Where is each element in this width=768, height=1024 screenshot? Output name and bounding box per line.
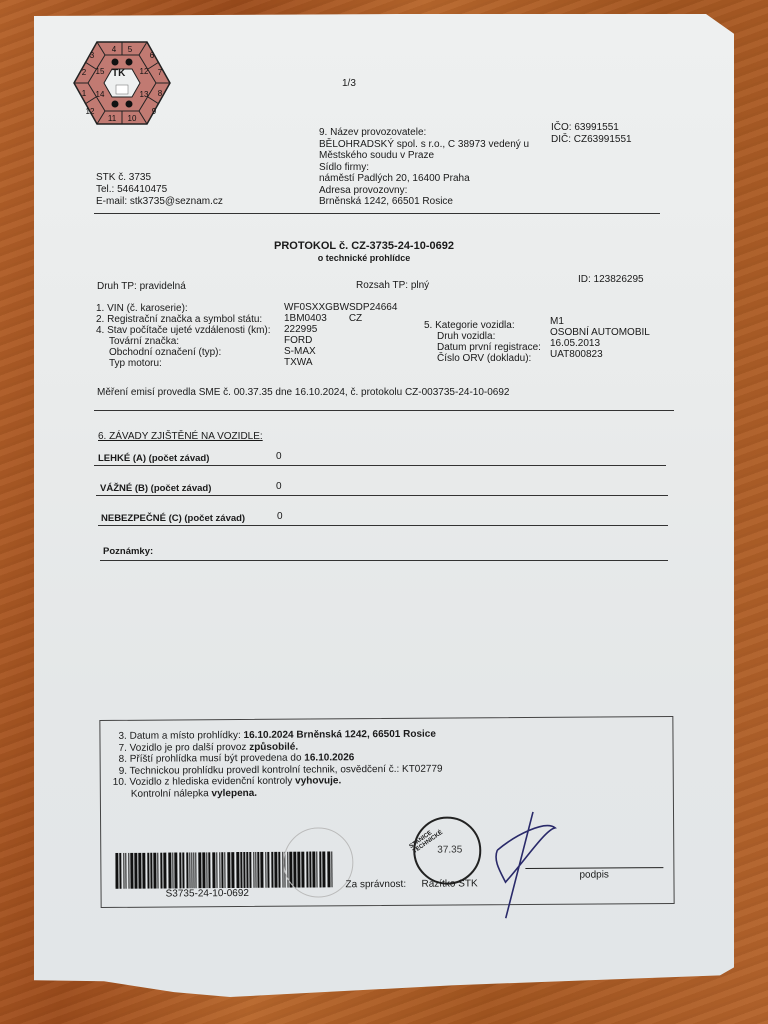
svg-text:9: 9 [152,107,157,116]
divider [96,495,668,496]
model-value: S-MAX [284,346,397,357]
signature-icon [485,810,576,921]
emissions-note: Měření emisí provedla SME č. 00.37.35 dn… [97,387,509,399]
logo-label: TK [112,68,125,79]
barcode-text: S3735-24-10-0692 [166,888,249,900]
plate-row: 1BM0403CZ [284,313,397,324]
defect-dangerous-label: NEBEZPEČNÉ (C) (počet závad) [101,513,245,524]
divider [94,213,660,214]
result-text: 7. Vozidlo je pro další provoz [119,741,250,753]
tax-ids: IČO: 63991551 DIČ: CZ63991551 [551,122,632,146]
svg-text:1: 1 [82,89,87,98]
svg-text:5: 5 [128,45,133,54]
inspection-type: Druh TP: pravidelná [97,281,186,293]
inspection-protocol-document: 45 36 27 18 129 1110 1512 1413 TK 1/3 9.… [34,14,734,1002]
result-text: Kontrolní nálepka [131,788,212,800]
svg-text:11: 11 [108,114,117,123]
operator-info: 9. Název provozovatele: BĚLOHRADSKÝ spol… [319,127,529,208]
result-line: Kontrolní nálepka vylepena. [113,786,443,800]
station-phone: Tel.: 546410475 [96,184,223,196]
result-bold: 16.10.2026 [304,752,354,763]
make-label: Tovární značka: [96,336,271,347]
operator-name-line1: BĚLOHRADSKÝ spol. s r.o., C 38973 vedený… [319,139,529,151]
svg-text:12: 12 [140,67,149,76]
result-text: 3. Datum a místo prohlídky: [118,730,243,742]
seat-value: náměstí Padlých 20, 16400 Praha [319,173,529,185]
ico-number: IČO: 63991551 [551,122,632,134]
divider [100,560,668,561]
svg-text:7: 7 [158,68,163,77]
orv-value: UAT800823 [550,349,650,360]
svg-text:14: 14 [96,90,105,99]
defect-dangerous-count: 0 [277,511,283,522]
plate-label: 2. Registrační značka a symbol státu: [96,314,271,325]
razitko-label: Razítko STK [421,878,477,889]
inspection-result-box: 3. Datum a místo prohlídky: 16.10.2024 B… [99,716,674,908]
first-registration-label: Datum první registrace: [424,342,541,353]
stk-stamp-icon: STANICE TECHNICKÉ 37.35 [413,816,481,884]
faint-stamp-icon [283,827,353,897]
divider [94,465,666,466]
svg-text:13: 13 [140,90,149,99]
result-bold: 16.10.2024 Brněnská 1242, 66501 Rosice [243,729,435,741]
engine-label: Typ motoru: [96,358,271,369]
category-label: 5. Kategorie vozidla: [424,320,541,331]
model-label: Obchodní označení (typ): [96,347,271,358]
category-values: M1 OSOBNÍ AUTOMOBIL 16.05.2013 UAT800823 [550,316,650,360]
result-text: 9. Technickou prohlídku provedl kontroln… [119,763,443,776]
svg-text:4: 4 [112,45,117,54]
svg-text:2: 2 [82,68,87,77]
vin-value: WF0SXXGBWSDP24664 [284,302,397,313]
station-number: STK č. 3735 [96,172,223,184]
inspection-scope: Rozsah TP: plný [356,280,429,292]
svg-text:3: 3 [90,51,95,60]
vehicle-kind-value: OSOBNÍ AUTOMOBIL [550,327,650,338]
protocol-subtitle: o technické prohlídce [34,253,694,263]
operator-heading: 9. Název provozovatele: [319,127,529,139]
defect-light-count: 0 [276,451,282,462]
country-code: CZ [349,313,362,324]
category-labels: 5. Kategorie vozidla: Druh vozidla: Datu… [424,320,541,364]
seat-label: Sídlo firmy: [319,162,529,174]
make-value: FORD [284,335,397,346]
page-number: 1/3 [342,78,356,89]
engine-value: TXWA [284,357,397,368]
svg-text:15: 15 [96,67,105,76]
stamp-number: 37.35 [437,844,462,855]
vin-label: 1. VIN (č. karoserie): [96,303,271,314]
stk-hexagon-sticker-icon: 45 36 27 18 129 1110 1512 1413 TK [72,40,172,126]
branch-label: Adresa provozovny: [319,185,529,197]
signature-label: podpis [579,869,609,880]
odometer-value: 222995 [284,324,397,335]
defect-serious-label: VÁŽNÉ (B) (počet závad) [100,483,211,494]
orv-label: Číslo ORV (dokladu): [424,353,541,364]
notes-label: Poznámky: [103,546,153,557]
result-bold: způsobilé. [249,741,298,752]
result-text: 8. Příští prohlídka musí být provedena d… [119,753,305,765]
defects-title: 6. ZÁVADY ZJIŠTĚNÉ NA VOZIDLE: [98,431,263,442]
vehicle-labels: 1. VIN (č. karoserie): 2. Registrační zn… [96,303,271,369]
result-bold: vylepena. [211,787,257,798]
za-spravnost-label: Za správnost: [345,879,406,890]
protocol-id: ID: 123826295 [578,274,644,286]
defect-serious-count: 0 [276,481,282,492]
svg-text:6: 6 [150,51,155,60]
vehicle-values: WF0SXXGBWSDP24664 1BM0403CZ 222995 FORD … [284,302,397,368]
result-text: 10. Vozidlo z hlediska evidenční kontrol… [113,776,295,788]
svg-text:10: 10 [128,114,137,123]
divider [98,525,668,526]
result-bold: vyhovuje. [295,775,341,786]
defect-light-label: LEHKÉ (A) (počet závad) [98,453,209,464]
odometer-label: 4. Stav počítače ujeté vzdálenosti (km): [96,325,271,336]
station-email: E-mail: stk3735@seznam.cz [96,196,223,208]
svg-text:12: 12 [86,107,95,116]
svg-text:8: 8 [158,89,163,98]
branch-value: Brněnská 1242, 66501 Rosice [319,196,529,208]
dic-number: DIČ: CZ63991551 [551,134,632,146]
plate-value: 1BM0403 [284,313,327,324]
result-lines: 3. Datum a místo prohlídky: 16.10.2024 B… [112,729,442,800]
vehicle-kind-label: Druh vozidla: [424,331,541,342]
station-info: STK č. 3735 Tel.: 546410475 E-mail: stk3… [96,172,223,208]
divider [94,410,674,411]
category-value: M1 [550,316,650,327]
first-registration-value: 16.05.2013 [550,338,650,349]
operator-name-line2: Městského soudu v Praze [319,150,529,162]
protocol-title: PROTOKOL č. CZ-3735-24-10-0692 [34,240,694,252]
